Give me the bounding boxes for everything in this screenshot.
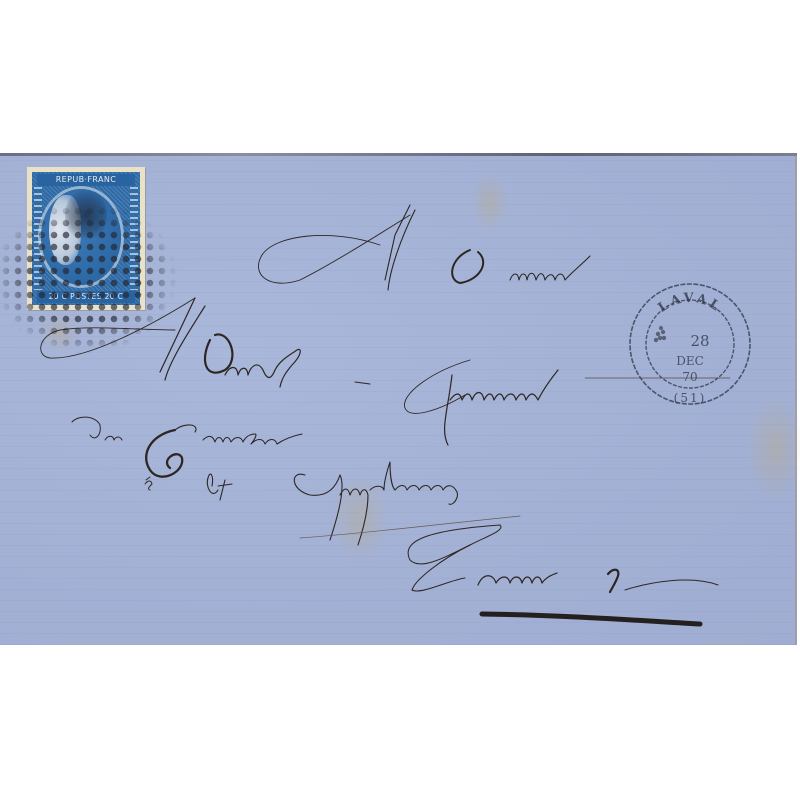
postmark-ornament <box>654 326 666 342</box>
postmark-day: 28 <box>690 332 709 350</box>
postmark-month: DEC <box>676 354 704 368</box>
svg-text:LAVAL: LAVAL <box>655 291 724 316</box>
postmark-town: LAVAL <box>655 291 724 316</box>
dotted-cancellation-mark <box>0 205 190 365</box>
postmark-year: 70 <box>682 370 697 384</box>
paper-stain <box>745 393 800 503</box>
postmark-department: (51) <box>674 391 707 405</box>
paper-stain <box>470 173 510 233</box>
stamp-top-text: REPUB·FRANC <box>37 174 135 186</box>
paper-stain <box>330 473 390 563</box>
circular-date-postmark: LAVAL 28 DEC 70 (51) <box>628 282 752 406</box>
